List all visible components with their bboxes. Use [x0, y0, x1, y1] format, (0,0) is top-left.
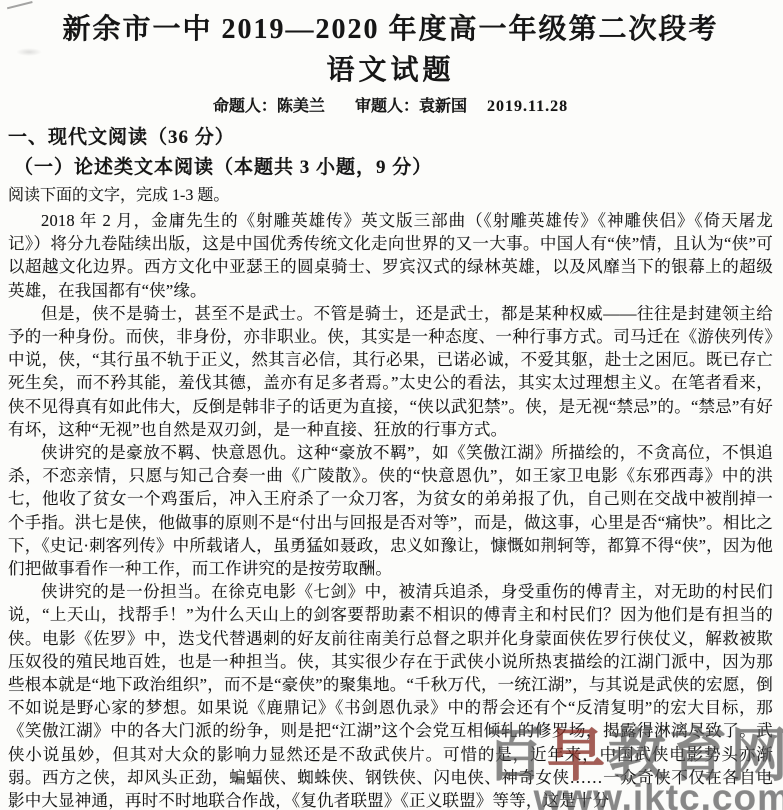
passage-paragraph: 侠讲究的是一份担当。在徐克电影《七剑》中，被清兵追杀，身受重伤的傅青主，对无助的… [8, 580, 773, 810]
setter-name: 命题人：陈美兰 [213, 98, 325, 115]
passage-paragraph: 但是，侠不是骑士，甚至不是武士。不管是骑士，还是武士，都是某种权威——往往是封建… [8, 302, 773, 441]
section-heading: 一、现代文阅读（36 分） [8, 125, 773, 150]
passage: 2018 年 2 月，金庸先生的《射雕英雄传》英文版三部曲（《射雕英雄传》《神雕… [8, 209, 773, 810]
reviewer-name: 审题人：袁新国 [355, 98, 467, 115]
meta-line: 命题人：陈美兰审题人：袁新国2019.11.28 [8, 97, 773, 117]
exam-page: 新余市一中 2019—2020 年度高一年级第二次段考 语文试题 命题人：陈美兰… [0, 0, 783, 810]
subsection-heading: （一）论述类文本阅读（本题共 3 小题，9 分） [14, 155, 773, 180]
exam-subtitle: 语文试题 [8, 55, 773, 87]
exam-date: 2019.11.28 [487, 98, 568, 115]
instruction-line: 阅读下面的文字，完成 1-3 题。 [8, 185, 773, 206]
scan-smudge [16, 48, 42, 56]
exam-title: 新余市一中 2019—2020 年度高一年级第二次段考 [8, 14, 773, 46]
passage-paragraph: 2018 年 2 月，金庸先生的《射雕英雄传》英文版三部曲（《射雕英雄传》《神雕… [8, 209, 773, 302]
passage-paragraph: 侠讲究的是豪放不羁、快意恩仇。这种“豪放不羁”，如《笑傲江湖》所描绘的，不贪高位… [8, 441, 773, 580]
